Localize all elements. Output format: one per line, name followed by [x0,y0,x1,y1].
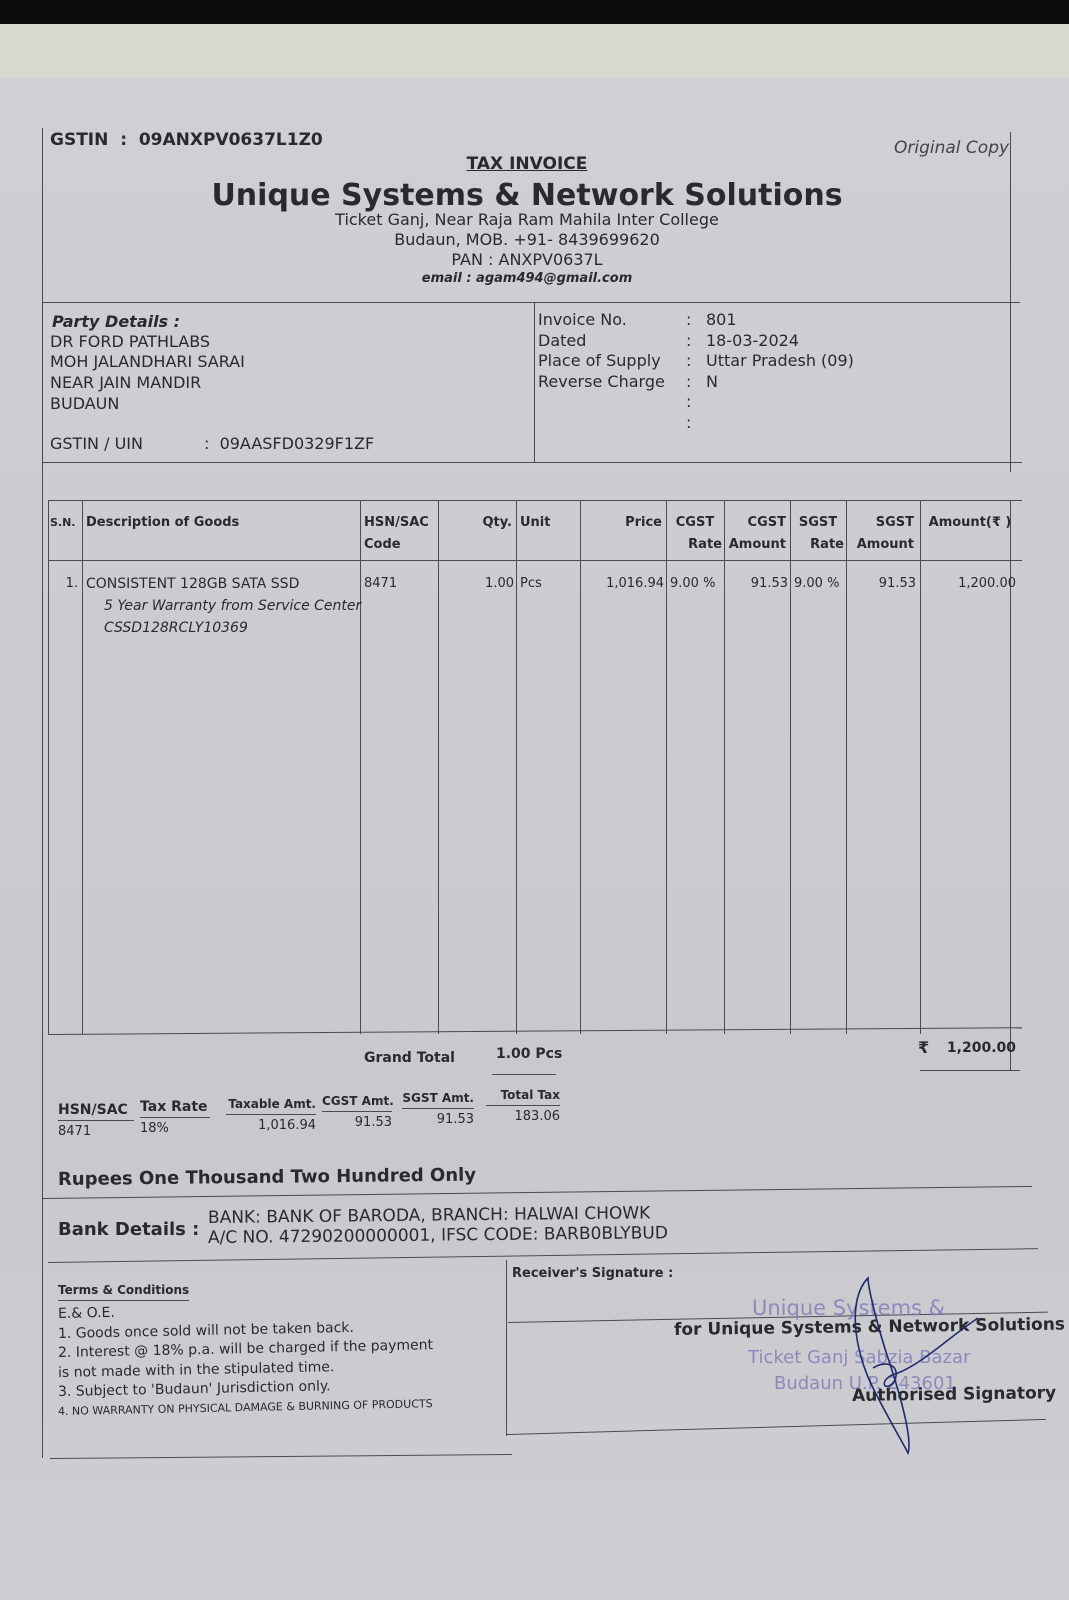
party-line: MOH JALANDHARI SARAI [50,352,245,372]
meta-label: Dated [538,331,586,351]
table-column-line [580,500,581,1034]
tax-summary-header: SGST Amt. [402,1088,474,1109]
cell-cgst-rate: 9.00 % [670,574,715,594]
tax-summary-cell: 91.53 [402,1110,474,1130]
cell-sn: 1. [48,574,78,594]
col-header-hsn: HSN/SAC [364,512,429,533]
meta-value: 18-03-2024 [706,331,799,351]
party-heading: Party Details : [52,312,180,332]
tax-summary-header: CGST Amt. [322,1091,392,1112]
company-pan: PAN : ANXPV0637L [42,250,1012,270]
cell-description-note: 5 Year Warranty from Service Center [104,596,361,616]
gstin-value: 09ANXPV0637L1Z0 [139,130,323,150]
cell-price: 1,016.94 [582,574,664,594]
divider [48,1248,1038,1263]
tax-summary-header: HSN/SAC [58,1100,134,1121]
company-name: Unique Systems & Network Solutions [42,178,1012,214]
cell-amount: 1,200.00 [922,574,1016,594]
cell-sgst-rate: 9.00 % [794,574,839,594]
meta-value: 801 [706,310,737,330]
col-header-hsn-2: Code [364,534,401,555]
table-column-line [724,500,725,1034]
receiver-signature-label: Receiver's Signature : [512,1264,673,1284]
col-header-cgst-rate: CGST [668,512,722,533]
seller-gstin: GSTIN : 09ANXPV0637L1Z0 [50,130,323,150]
table-header-border [48,560,1022,561]
cell-description: CONSISTENT 128GB SATA SSD [86,574,299,594]
col-header-description: Description of Goods [86,512,239,533]
tax-invoice: GSTIN : 09ANXPV0637L1Z0 Original Copy TA… [42,128,1032,1488]
table-column-line [82,500,83,1034]
col-header-unit: Unit [520,512,550,533]
divider [534,303,535,463]
tax-summary-cell: 183.06 [486,1107,560,1127]
meta-value: Uttar Pradesh (09) [706,351,854,371]
col-header-amount: Amount(₹ ) [922,512,1018,533]
cell-cgst-amount: 91.53 [726,574,788,594]
bank-line-2: A/C NO. 47290200000001, IFSC CODE: BARB0… [208,1223,668,1248]
col-header-sgst-amount: SGST [848,512,914,533]
grand-total-qty: 1.00 Pcs [496,1044,562,1064]
company-email: email : agam494@gmail.com [42,269,1012,289]
meta-colon: : [686,372,691,392]
terms-line: E.& O.E. [58,1303,115,1324]
party-line: BUDAUN [50,394,119,414]
meta-colon: : [686,392,691,412]
cell-sgst-amount: 91.53 [848,574,916,594]
cell-unit: Pcs [520,574,542,594]
party-gstin: : 09AASFD0329F1ZF [204,434,374,454]
table-column-line [846,500,847,1034]
col-header-cgst-amount: CGST [726,512,786,533]
table-column-line [438,500,439,1034]
tax-summary-header: Taxable Amt. [226,1094,316,1115]
grand-total-box [920,1070,1020,1071]
divider [506,1260,507,1436]
tax-summary-cell: 91.53 [322,1113,392,1133]
party-line: NEAR JAIN MANDIR [50,373,201,393]
meta-colon: : [686,351,691,371]
tax-summary-header: Tax Rate [140,1097,210,1118]
table-column-line [666,500,667,1034]
col-header-cgst-rate-2: Rate [668,534,722,555]
handwritten-signature [828,1268,988,1458]
cell-serial-number: CSSD128RCLY10369 [104,618,248,638]
tax-summary-cell: 8471 [58,1122,134,1142]
bank-label: Bank Details : [58,1218,199,1242]
amount-in-words: Rupees One Thousand Two Hundred Only [58,1164,476,1192]
table-column-line [790,500,791,1034]
meta-label: Invoice No. [538,310,627,330]
col-header-sgst-rate: SGST [792,512,844,533]
meta-label: Reverse Charge [538,372,665,392]
tax-summary-header: Total Tax [486,1085,560,1106]
meta-colon: : [686,413,691,433]
gstin-label: GSTIN [50,130,108,150]
meta-colon: : [686,331,691,351]
border-left [42,128,43,1458]
meta-colon: : [686,310,691,330]
table-column-line [516,500,517,1034]
meta-value: N [706,372,718,392]
party-gstin-label: GSTIN / UIN [50,434,143,454]
col-header-qty: Qty. [442,512,512,533]
party-line: DR FORD PATHLABS [50,332,210,352]
meta-label: Place of Supply [538,351,661,371]
col-header-sgst-amount-2: Amount [848,534,914,555]
divider [42,462,1022,463]
back-paper-sheet [0,24,1069,84]
company-address-1: Ticket Ganj, Near Raja Ram Mahila Inter … [42,210,1012,230]
col-header-sn: S.N. [50,512,76,533]
grand-total-label: Grand Total [364,1048,455,1068]
divider [492,1074,556,1075]
col-header-cgst-amount-2: Amount [726,534,786,555]
col-header-price: Price [582,512,662,533]
divider [50,1454,512,1459]
cell-hsn: 8471 [364,574,397,594]
cell-qty: 1.00 [442,574,514,594]
tax-summary-cell: 1,016.94 [226,1116,316,1136]
party-gstin-value: 09AASFD0329F1ZF [220,434,375,453]
company-address-2: Budaun, MOB. +91- 8439699620 [42,230,1012,250]
grand-total-amount: 1,200.00 [926,1038,1016,1058]
terms-heading: Terms & Conditions [58,1280,189,1301]
divider [42,302,1020,303]
table-column-line [360,500,361,1034]
col-header-sgst-rate-2: Rate [792,534,844,555]
table-column-line [920,500,921,1034]
table-top-border [48,500,1022,501]
tax-summary-cell: 18% [140,1119,210,1139]
doc-title: TAX INVOICE [42,154,1012,174]
table-bottom-border [48,1027,1022,1035]
